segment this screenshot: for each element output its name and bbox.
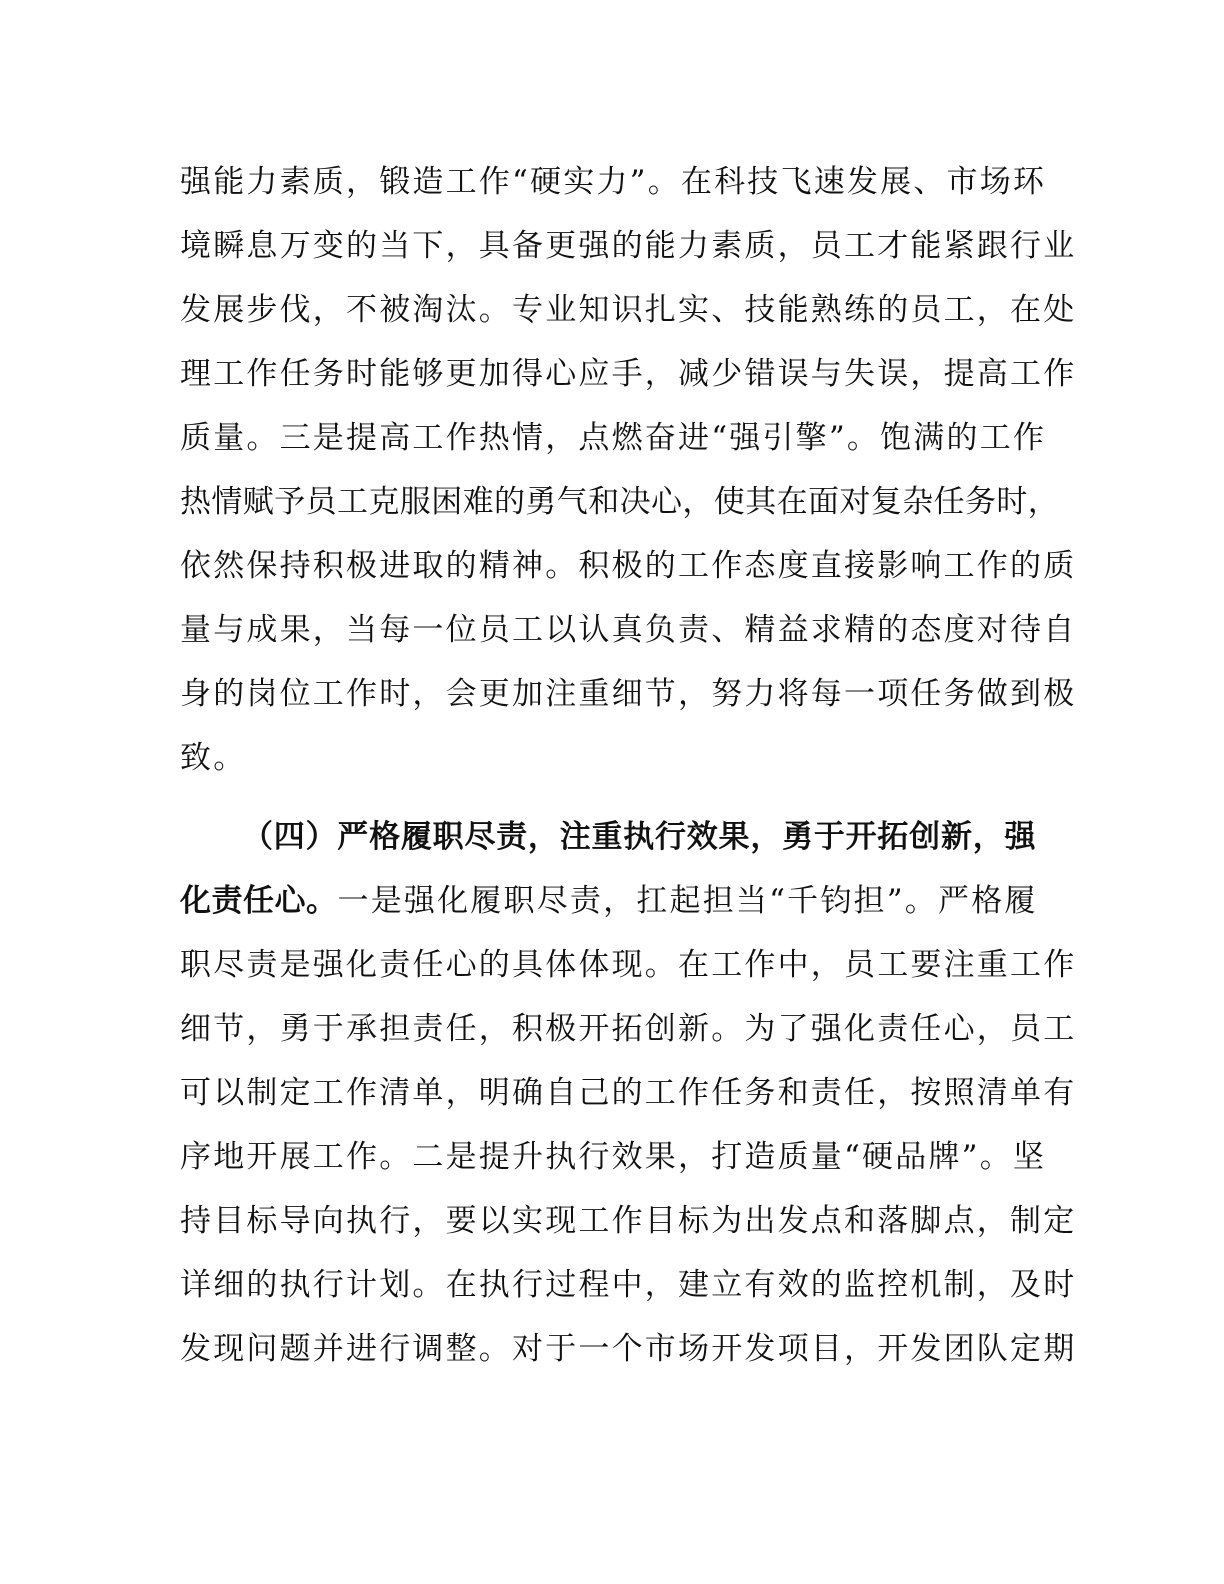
section-heading: （四）严格履职尽责，注重执行效果，勇于开拓创新，强: [242, 815, 1036, 859]
text-line: 身的岗位工作时，会更加注重细节，努力将每一项任务做到极: [180, 672, 1036, 716]
text-line: 依然保持积极进取的精神。积极的工作态度直接影响工作的质: [180, 544, 1036, 588]
text-line: 质量。三是提高工作热情，点燃奋进“强引擎”。饱满的工作: [180, 416, 1036, 460]
section-heading-tail: 化责任心。: [180, 883, 338, 919]
text-run: 一是强化履职尽责，扛起担当“千钧担”。严格履: [338, 883, 1038, 919]
text-line: 发展步伐，不被淘汰。专业知识扎实、技能熟练的员工，在处: [180, 288, 1036, 332]
text-line: 热情赋予员工克服困难的勇气和决心，使其在面对复杂任务时，: [180, 480, 1036, 524]
text-line: 职尽责是强化责任心的具体体现。在工作中，员工要注重工作: [180, 943, 1036, 987]
text-line: 化责任心。一是强化履职尽责，扛起担当“千钧担”。严格履: [180, 879, 1036, 923]
text-line: 详细的执行计划。在执行过程中，建立有效的监控机制，及时: [180, 1263, 1036, 1307]
text-line: 强能力素质，锻造工作“硬实力”。在科技飞速发展、市场环: [180, 160, 1036, 204]
text-line: 致。: [180, 736, 1036, 780]
text-line: 境瞬息万变的当下，具备更强的能力素质，员工才能紧跟行业: [180, 224, 1036, 268]
text-line: 量与成果，当每一位员工以认真负责、精益求精的态度对待自: [180, 608, 1036, 652]
text-line: 持目标导向执行，要以实现工作目标为出发点和落脚点，制定: [180, 1199, 1036, 1243]
document-page: 强能力素质，锻造工作“硬实力”。在科技飞速发展、市场环 境瞬息万变的当下，具备更…: [0, 0, 1224, 1584]
text-line: 序地开展工作。二是提升执行效果，打造质量“硬品牌”。坚: [180, 1135, 1036, 1179]
text-line: 理工作任务时能够更加得心应手，减少错误与失误，提高工作: [180, 352, 1036, 396]
text-line: 细节，勇于承担责任，积极开拓创新。为了强化责任心，员工: [180, 1007, 1036, 1051]
text-line: 发现问题并进行调整。对于一个市场开发项目，开发团队定期: [180, 1327, 1036, 1371]
text-line: 可以制定工作清单，明确自己的工作任务和责任，按照清单有: [180, 1071, 1036, 1115]
